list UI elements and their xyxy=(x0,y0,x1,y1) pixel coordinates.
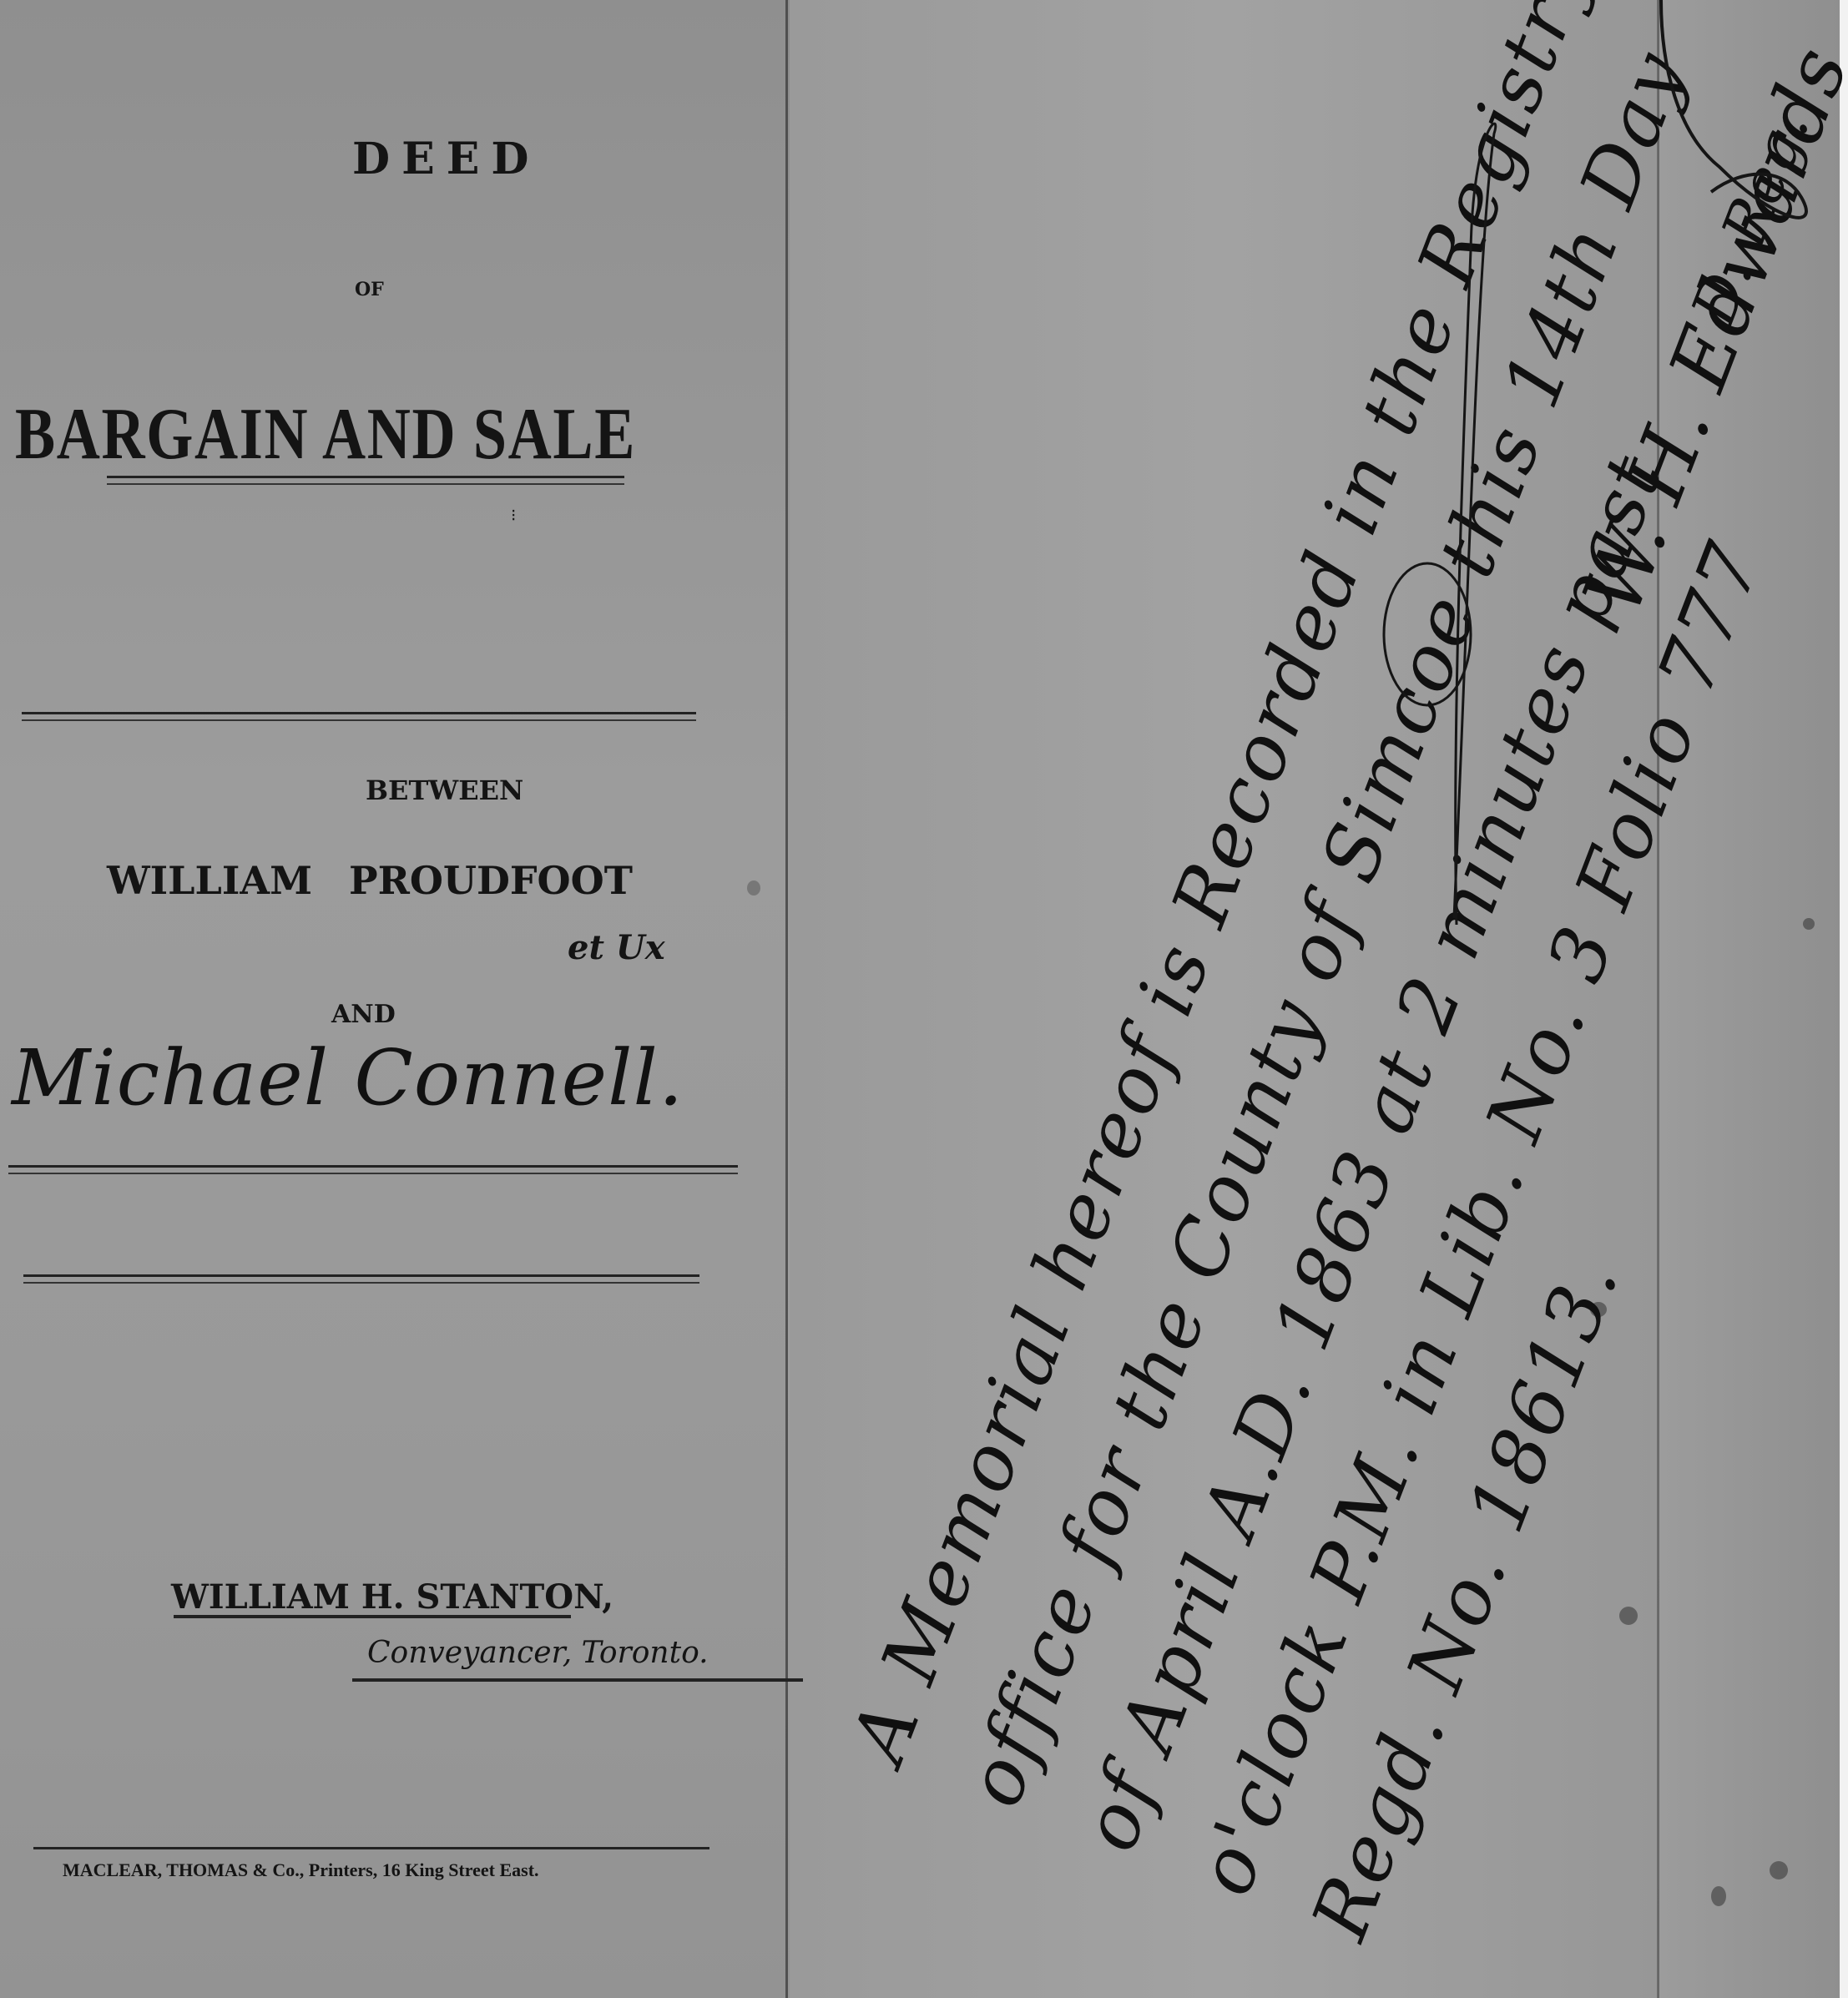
stain-spot xyxy=(1711,1886,1726,1906)
fold-line-left xyxy=(785,0,788,1998)
divider-rule xyxy=(23,1274,699,1284)
title-deed: DEED xyxy=(352,134,540,184)
printer-imprint: MACLEAR, THOMAS & Co., Printers, 16 King… xyxy=(63,1859,539,1881)
cover-panel xyxy=(0,0,787,1998)
conveyancer-name: WILLIAM H. STANTON, xyxy=(171,1577,613,1617)
stain-spot xyxy=(1770,1861,1788,1879)
grantee-name-handwritten: Michael Connell. xyxy=(12,1033,684,1123)
imprint-rule xyxy=(33,1847,709,1849)
document-photo: DEED OF BARGAIN AND SALE ⁝ BETWEEN WILLI… xyxy=(0,0,1848,1998)
divider-rule xyxy=(22,712,696,721)
ornament-colon: ⁝ xyxy=(511,505,516,525)
stain-spot xyxy=(1803,918,1815,930)
divider-rule xyxy=(8,1165,738,1174)
conveyancer-title: Conveyancer, Toronto. xyxy=(367,1636,709,1670)
title-underline xyxy=(107,476,624,485)
title-of: OF xyxy=(355,279,384,300)
title-bargain-and-sale: BARGAIN AND SALE xyxy=(15,392,636,477)
grantor-name: WILLIAM PROUDFOOT xyxy=(107,858,633,903)
stain-spot xyxy=(747,880,760,896)
conveyancer-underline xyxy=(174,1615,571,1618)
conveyancer-title-underline xyxy=(352,1678,803,1682)
and-label: AND xyxy=(331,1000,396,1029)
stain-spot xyxy=(1619,1607,1638,1625)
grantor-suffix: et Ux xyxy=(568,928,665,967)
between-label: BETWEEN xyxy=(366,774,523,806)
